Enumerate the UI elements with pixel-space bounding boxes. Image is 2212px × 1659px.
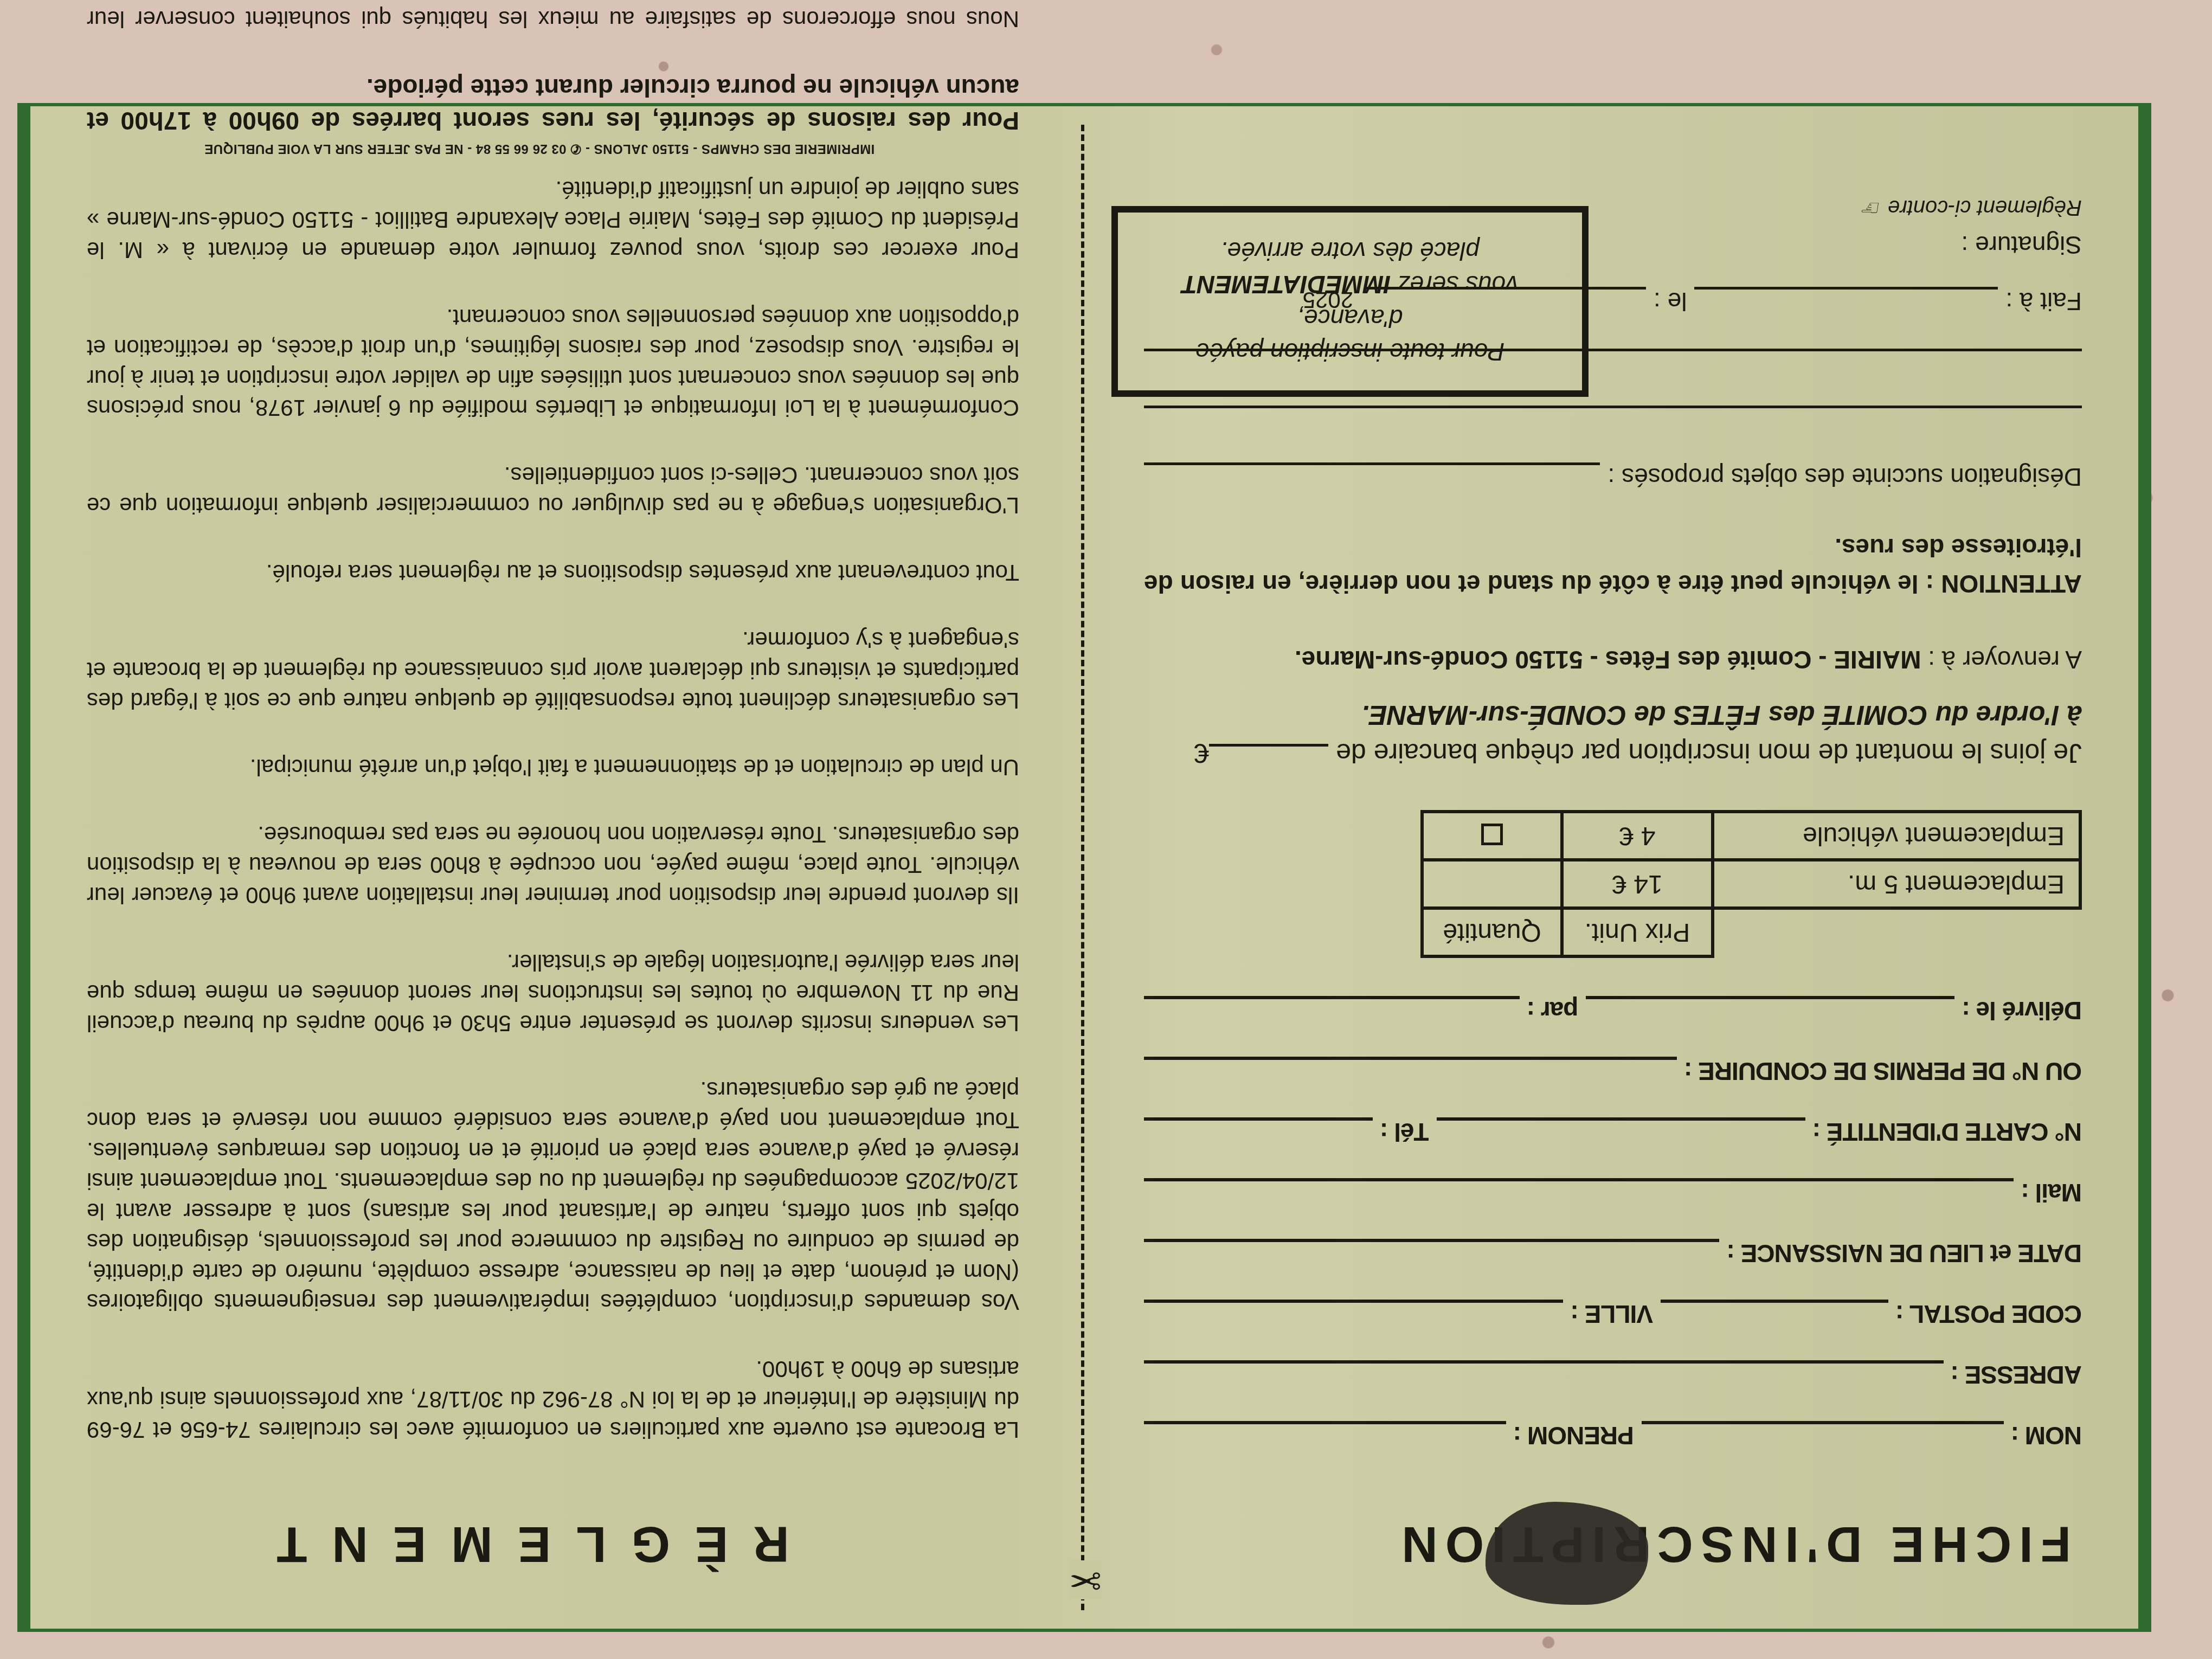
attention-notice: ATTENTION : le véhicule peut être à côté… [1144,530,2082,602]
notice-line-2: vous serez IMMEDIATEMENT [1145,268,1555,301]
row-qty[interactable] [1422,860,1562,908]
rules-paragraph: Ils devront prendre leur disposition pou… [87,819,1019,910]
id-row: N° CARTE D'IDENTITÉ : Tél : [1144,1117,2082,1147]
table-row: Emplacement véhicule 4 € [1422,812,2080,860]
tel-field[interactable] [1144,1117,1373,1142]
fait-a-label: Fait à : [2005,287,2082,316]
row-qty[interactable] [1422,812,1562,860]
nom-label: NOM : [2011,1421,2082,1450]
notice-emphasis: IMMEDIATEMENT [1182,271,1391,299]
postal-row: CODE POSTAL : VILLE : [1144,1300,2082,1329]
registration-form-panel: FICHE D'INSCRIPTION NOM : PRENOM : ADRES… [1084,103,2142,1632]
green-edge [17,103,27,1632]
rules-paragraph: L'Organisation s'engage à ne pas divulgu… [87,460,1019,520]
security-notice: Pour des raisons de sécurité, les rues s… [87,71,1019,137]
le-label: le : [1654,287,1687,316]
green-edge [2142,103,2151,1632]
prepaid-notice-box: Pour toute inscription payée d'avance, v… [1111,206,1589,397]
rules-paragraph: Tout contrevenant aux présentes disposit… [87,557,1019,588]
rules-paragraph: Conformément à la Loi Informatique et Li… [87,302,1019,423]
pricing-table: Prix Unit. Quantité Emplacement 5 m. 14 … [1420,810,2082,958]
par-label: par : [1527,996,1579,1025]
rules-paragraph: Pour exercer ces droits, vous pouvez for… [87,174,1019,265]
designation-label: Désignation succinte des objets proposés… [1607,462,2082,492]
mail-field[interactable] [1144,1178,2014,1203]
birth-row: DATE et LIEU DE NAISSANCE : [1144,1239,2082,1268]
code-postal-label: CODE POSTAL : [1896,1300,2082,1329]
fait-a-field[interactable] [1694,287,1998,311]
prenom-label: PRENOM : [1514,1421,1634,1450]
adresse-label: ADRESSE : [1951,1360,2082,1390]
row-label: Emplacement 5 m. [1713,860,2080,908]
mail-label: Mail : [2021,1178,2082,1207]
cheque-statement: Je joins le montant de mon inscription p… [1144,696,2082,772]
cheque-order: à l'ordre du COMITÉ des FÊTES de CONDÉ-s… [1361,700,2082,730]
ville-field[interactable] [1144,1300,1563,1324]
table-row: Emplacement 5 m. 14 € [1422,860,2080,908]
reglement-pointer: Règlement ci-contre ☞ [1862,195,2082,220]
cheque-text: Je joins le montant de mon inscription p… [1336,738,2082,768]
row-price: 14 € [1562,860,1713,908]
carte-identite-label: N° CARTE D'IDENTITÉ : [1813,1117,2082,1147]
rules-paragraph: Un plan de circulation et de stationneme… [87,753,1019,783]
return-address-text: MAIRIE - Comité des Fêtes - 51150 Condé-… [1295,646,1921,674]
currency-symbol: € [1194,738,1209,768]
naissance-field[interactable] [1144,1239,1719,1264]
adresse-field[interactable] [1144,1360,1944,1385]
naissance-label: DATE et LIEU DE NAISSANCE : [1727,1239,2082,1268]
table-header-price: Prix Unit. [1562,908,1713,956]
name-row: NOM : PRENOM : [1144,1421,2082,1450]
delivre-row: Délivré le : par : [1144,996,2082,1025]
designation-field[interactable] [1144,462,1600,487]
delivre-field[interactable] [1586,996,1954,1021]
vehicle-checkbox[interactable] [1481,824,1503,845]
rules-panel: RÈGLEMENT La Brocante est ouverte aux pa… [27,103,1084,1632]
notice-line-1: Pour toute inscription payée d'avance, [1145,301,1555,369]
delivre-label: Délivré le : [1962,996,2082,1025]
closing-paragraph: Nous nous efforcerons de satisfaire au m… [87,0,1019,34]
rules-paragraph: La Brocante est ouverte aux particuliers… [87,1354,1019,1445]
permis-label: OU N° DE PERMIS DE CONDUIRE : [1684,1057,2082,1086]
row-price: 4 € [1562,812,1713,860]
prenom-field[interactable] [1144,1421,1506,1446]
ville-label: VILLE : [1571,1300,1652,1329]
table-header-empty [1713,908,2080,956]
nom-field[interactable] [1642,1421,2004,1446]
rules-paragraph: Les vendeurs inscrits devront se présent… [87,947,1019,1038]
rules-title: RÈGLEMENT [87,1515,1019,1572]
cheque-amount-field[interactable] [1209,744,1328,747]
code-postal-field[interactable] [1661,1300,1888,1324]
printer-footer: IMPRIMERIE DES CHAMPS - 51150 JALONS - ✆… [70,141,1008,157]
notice-prefix: vous serez [1398,271,1518,299]
designation-line-2[interactable] [1144,406,2082,430]
registration-sheet: FICHE D'INSCRIPTION NOM : PRENOM : ADRES… [27,103,2142,1632]
return-prefix: A renvoyer à : [1928,646,2082,674]
row-label: Emplacement véhicule [1713,812,2080,860]
mail-row: Mail : [1144,1178,2082,1207]
permis-field[interactable] [1144,1057,1677,1082]
address-row: ADRESSE : [1144,1360,2082,1390]
notice-line-3: placé dès votre arrivée. [1145,234,1555,268]
rules-paragraph: Les organisateurs déclinent toute respon… [87,625,1019,716]
return-address: A renvoyer à : MAIRIE - Comité des Fêtes… [1144,645,2082,674]
designation-row: Désignation succinte des objets proposés… [1144,462,2082,492]
rules-paragraph: Vos demandes d'inscription, complétées i… [87,1075,1019,1317]
ink-blot [1486,1502,1648,1605]
table-header-row: Prix Unit. Quantité [1422,908,2080,956]
permis-row: OU N° DE PERMIS DE CONDUIRE : [1144,1057,2082,1086]
par-field[interactable] [1144,996,1520,1021]
tel-label: Tél : [1380,1117,1429,1147]
table-header-qty: Quantité [1422,908,1562,956]
carte-identite-field[interactable] [1437,1117,1805,1142]
form-title: FICHE D'INSCRIPTION [1144,1515,2071,1572]
